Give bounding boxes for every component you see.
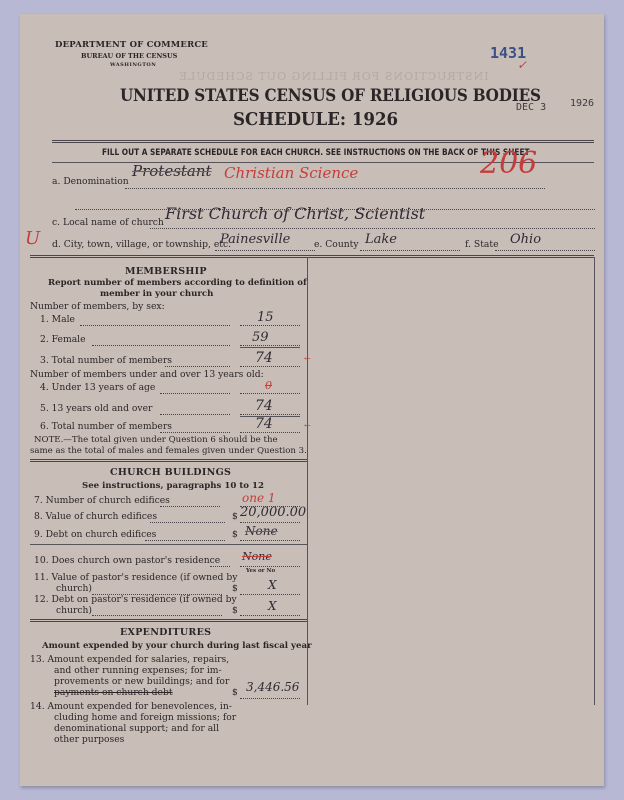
membership-divider: [30, 459, 307, 462]
q4-field-line: [240, 393, 300, 394]
membership-subtitle-2: member in your church: [100, 289, 213, 299]
q8-value-value[interactable]: 20,000.00: [240, 505, 306, 520]
q13-line-3: provements or new buildings; and for: [54, 676, 229, 687]
q2-leader-dots: [92, 345, 230, 346]
q5-over13-label: 5. 13 years old and over: [40, 403, 152, 414]
q6-field-line: [240, 432, 300, 433]
city-label: d. City, town, village, or township, etc…: [52, 239, 231, 250]
county-value[interactable]: Lake: [365, 232, 397, 247]
q7-edifices-label: 7. Number of church edifices: [34, 495, 170, 506]
q1-leader-dots: [80, 325, 230, 326]
q3-leader-dots: [165, 366, 230, 367]
q3-field-line: [240, 366, 300, 367]
q2-female-value[interactable]: 59: [252, 330, 269, 345]
expenditures-title: EXPENDITURES: [120, 627, 211, 638]
members-by-age-label: Number of members under and over 13 year…: [30, 369, 264, 380]
red-arrow-mark: ←: [304, 354, 311, 363]
form-title: UNITED STATES CENSUS OF RELIGIOUS BODIES: [120, 86, 541, 105]
bleed-through-text: INSTRUCTIONS FOR FILLING OUT SCHEDULE: [178, 70, 489, 83]
q7-edifices-value[interactable]: one 1: [242, 491, 276, 505]
column-divider: [307, 257, 308, 705]
q9-debt-value[interactable]: None: [245, 524, 278, 538]
county-label: e. County: [314, 239, 359, 250]
city-value[interactable]: Painesville: [220, 232, 290, 247]
yes-no-hint: Yes or No: [246, 568, 275, 574]
q8-dollar: $: [232, 511, 238, 522]
census-schedule-sheet: INSTRUCTIONS FOR FILLING OUT SCHEDULE DE…: [20, 14, 604, 786]
buildings-subtitle: See instructions, paragraphs 10 to 12: [82, 481, 264, 491]
members-by-sex-label: Number of members, by sex:: [30, 301, 165, 312]
schedule-title: SCHEDULE: 1926: [233, 110, 398, 130]
q2-field-line: [240, 345, 300, 346]
q1-male-value[interactable]: 15: [257, 310, 274, 325]
q3-total-label: 3. Total number of members: [40, 355, 172, 366]
buildings-title: CHURCH BUILDINGS: [110, 467, 231, 478]
q10-owns-residence-label: 10. Does church own pastor's residence: [34, 555, 220, 566]
bureau-label: BUREAU OF THE CENSUS: [81, 52, 177, 60]
received-year-stamp: 1926: [570, 98, 594, 109]
q12-dollar: $: [232, 605, 238, 616]
buildings-mid-rule: [30, 544, 307, 545]
city-field-line: [215, 250, 315, 251]
red-arrow-mark-2: ←: [304, 421, 311, 430]
q1-field-line: [240, 325, 300, 326]
q11-residence-value-value[interactable]: X: [268, 578, 277, 592]
check-mark-icon: ✓: [517, 58, 527, 72]
department-label: DEPARTMENT OF COMMERCE: [55, 40, 208, 50]
q13-dollar: $: [232, 687, 238, 698]
q11-dollar: $: [232, 583, 238, 594]
q13-field-line: [240, 698, 300, 699]
q4-under13-label: 4. Under 13 years of age: [40, 382, 155, 393]
city-label: WASHINGTON: [110, 62, 156, 68]
state-value[interactable]: Ohio: [510, 232, 541, 247]
q10-owns-residence-value[interactable]: None: [242, 550, 272, 563]
expenditures-subtitle: Amount expended by your church during la…: [42, 641, 312, 651]
state-field-line: [495, 250, 595, 251]
q13-line-4: payments on church debt: [54, 687, 173, 698]
margin-mark: U: [25, 228, 40, 249]
q10-field-line: [240, 566, 300, 567]
denomination-label: a. Denomination: [52, 176, 129, 187]
q12-residence-debt-value[interactable]: X: [268, 599, 277, 613]
state-label: f. State: [465, 239, 499, 250]
q11-label-cont: church): [56, 583, 92, 594]
county-field-line: [360, 250, 460, 251]
q2-sum-rule: [240, 347, 300, 348]
membership-note-2: same as the total of males and females g…: [30, 446, 307, 457]
denomination-value[interactable]: Christian Science: [224, 164, 358, 182]
membership-note-1: NOTE.—The total given under Question 6 s…: [34, 435, 278, 446]
q2-female-label: 2. Female: [40, 334, 86, 345]
q14-line-3: denominational support; and for all: [54, 723, 219, 734]
q11-field-line: [240, 594, 300, 595]
q9-field-line: [240, 540, 300, 541]
q4-under13-value[interactable]: 0: [265, 379, 272, 392]
q8-value-label: 8. Value of church edifices: [34, 511, 157, 522]
q6-total-label: 6. Total number of members: [40, 421, 172, 432]
identity-divider: [30, 255, 594, 258]
q11-residence-value-label: 11. Value of pastor's residence (if owne…: [34, 572, 237, 583]
q8-field-line: [240, 522, 300, 523]
q4-leader-dots: [160, 393, 230, 394]
denomination-code: 206: [480, 146, 537, 181]
q13-line-2: and other running expenses; for im-: [54, 665, 222, 676]
q6-leader-dots: [160, 432, 230, 433]
q5-over13-value[interactable]: 74: [255, 398, 273, 414]
q1-male-label: 1. Male: [40, 314, 75, 325]
local-name-label: c. Local name of church: [52, 217, 164, 228]
header-divider: [52, 140, 594, 143]
membership-subtitle-1: Report number of members according to de…: [48, 278, 307, 288]
q12-leader-dots: [92, 615, 222, 616]
q9-leader-dots: [145, 540, 225, 541]
denomination-field-line: [125, 188, 545, 189]
q9-dollar: $: [232, 529, 238, 540]
q6-total-value[interactable]: 74: [255, 416, 273, 432]
q3-total-value[interactable]: 74: [255, 350, 273, 366]
q9-debt-label: 9. Debt on church edifices: [34, 529, 156, 540]
q12-residence-debt-label: 12. Debt on pastor's residence (if owned…: [34, 594, 237, 605]
local-name-value[interactable]: First Church of Christ, Scientist: [165, 204, 425, 223]
q12-field-line: [240, 615, 300, 616]
local-name-field-line: [150, 228, 595, 229]
q14-line-1: 14. Amount expended for benevolences, in…: [30, 701, 232, 712]
membership-title: MEMBERSHIP: [125, 266, 207, 277]
q7-leader-dots: [160, 506, 220, 507]
right-border: [594, 257, 595, 705]
q5-field-line: [240, 414, 300, 415]
denomination-struck-value[interactable]: Protestant: [132, 162, 212, 180]
q5-leader-dots: [160, 414, 230, 415]
instruction-bar: FILL OUT A SEPARATE SCHEDULE FOR EACH CH…: [102, 148, 530, 158]
q14-line-2: cluding home and foreign missions; for: [54, 712, 236, 723]
buildings-divider: [30, 619, 307, 622]
q8-leader-dots: [150, 522, 225, 523]
q13-value[interactable]: 3,446.56: [246, 680, 299, 694]
q12-label-cont: church): [56, 605, 92, 616]
q13-line-1: 13. Amount expended for salaries, repair…: [30, 654, 229, 665]
q14-line-4: other purposes: [54, 734, 124, 745]
q10-leader-dots: [210, 566, 230, 567]
